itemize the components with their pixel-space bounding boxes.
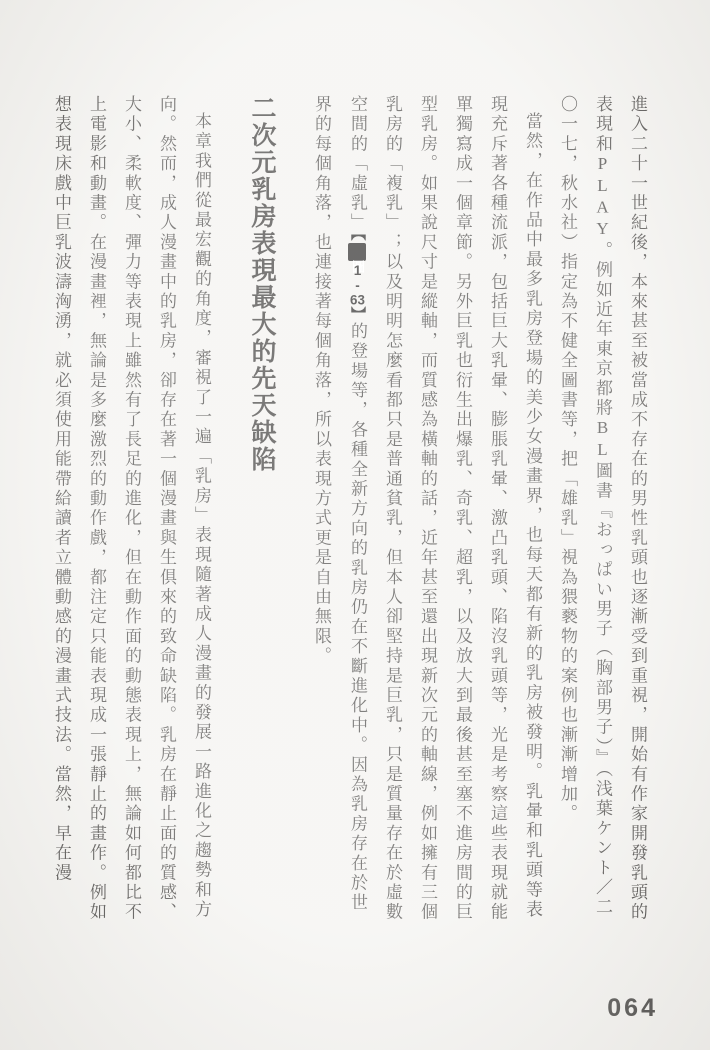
paragraph-2-text-before: 當然，在作品中最多乳房登場的美少女漫畫界，也每天都有新的乳房被發明。乳暈和乳頭等… [348,95,542,922]
figure-ref-open-bracket: 【 [349,233,365,241]
figure-reference-1-63: 【圖1-63】 [348,233,367,322]
figure-ref-close-bracket: 】 [349,306,365,322]
section-heading: 二次元乳房表現最大的先天缺陷 [245,95,278,928]
figure-icon: 圖 [348,243,366,261]
page-number: 064 [607,994,658,1023]
vertical-text-area: 進入二十一世紀後，本來甚至被當成不存在的男性乳頭也逐漸受到重視，開始有作家開發乳… [44,95,655,928]
figure-ref-dash: - [350,278,365,293]
figure-ref-number-top: 1 [350,263,365,278]
paragraph-1: 進入二十一世紀後，本來甚至被當成不存在的男性乳頭也逐漸受到重視，開始有作家開發乳… [550,95,655,928]
paragraph-2: 當然，在作品中最多乳房登場的美少女漫畫界，也每天都有新的乳房被發明。乳暈和乳頭等… [304,95,550,928]
figure-ref-number-bottom: 63 [350,293,365,307]
paragraph-3: 本章我們從最宏觀的角度，審視了一遍「乳房」表現隨著成人漫畫的發展一路進化之趨勢和… [44,95,219,928]
book-page: 進入二十一世紀後，本來甚至被當成不存在的男性乳頭也逐漸受到重視，開始有作家開發乳… [0,0,710,1050]
